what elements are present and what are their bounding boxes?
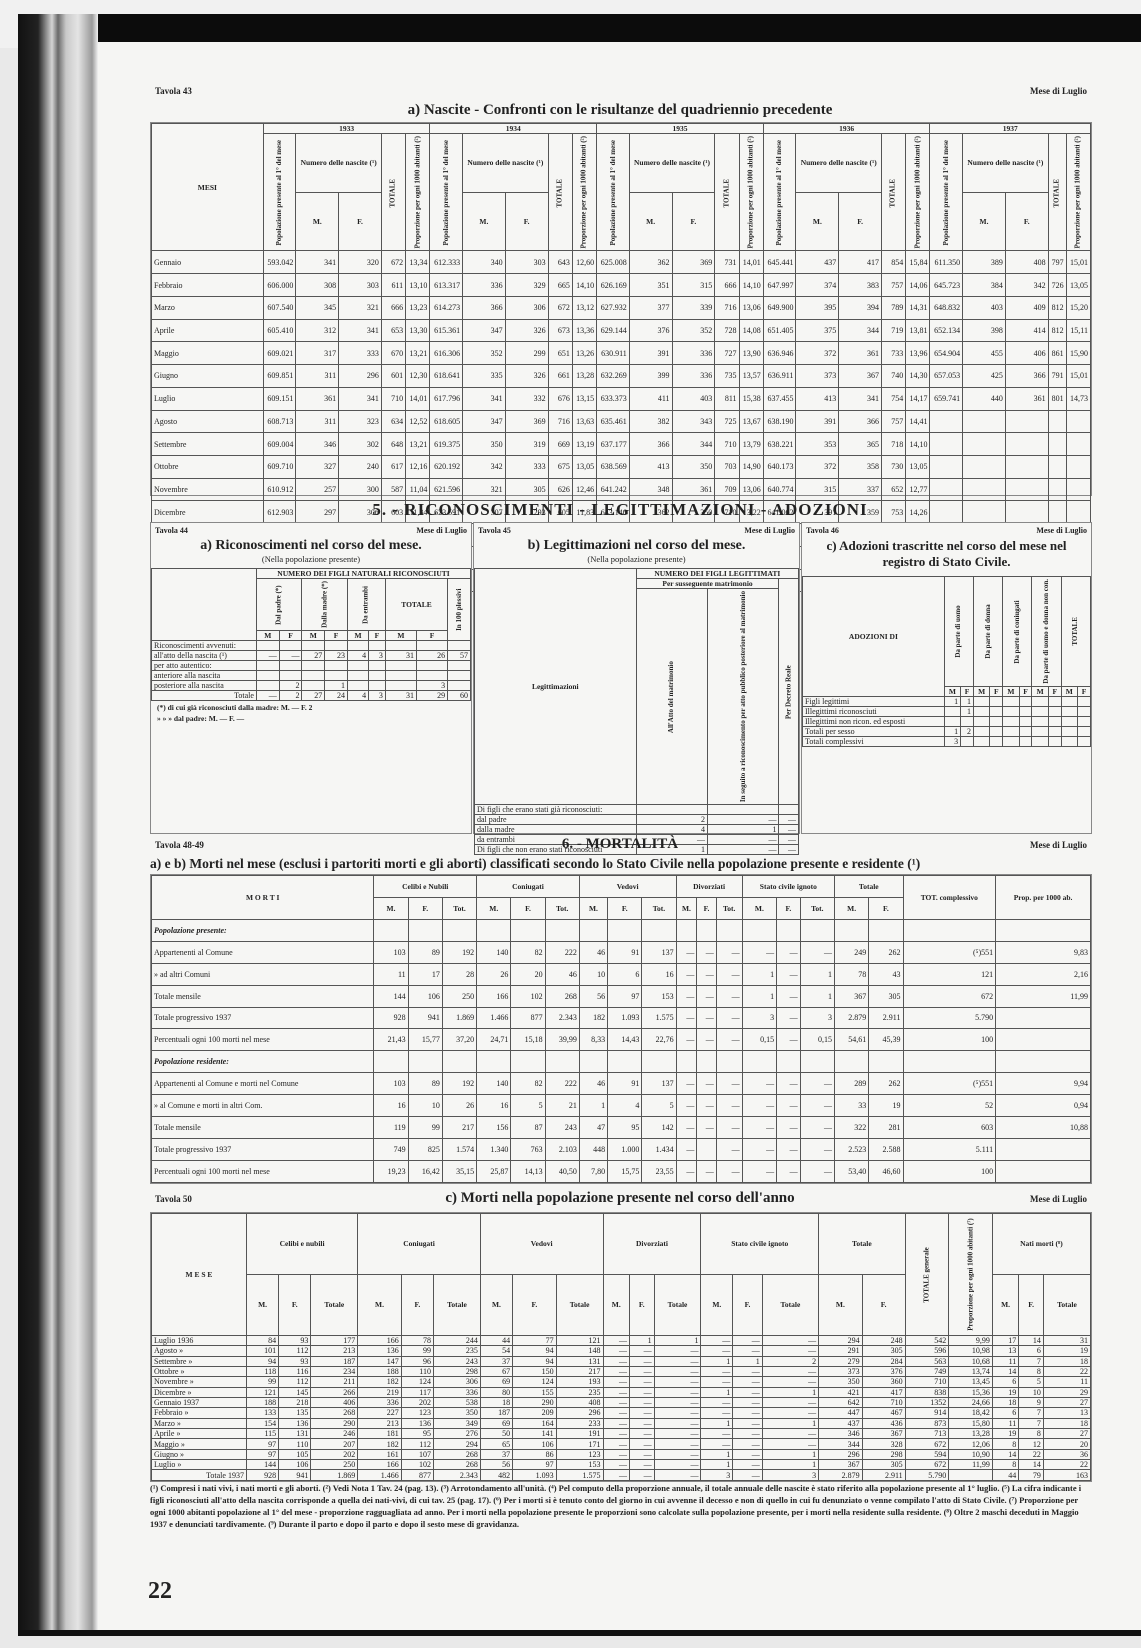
column-header: F.	[608, 897, 642, 919]
column-header: F.	[629, 1274, 654, 1335]
section-title-5: 5. - RICONOSCIMENTI - LEGITTIMAZIONI - A…	[150, 500, 1090, 520]
table-cell	[374, 919, 408, 941]
table-cell: 136	[279, 1418, 311, 1428]
table-cell: 112	[279, 1346, 311, 1356]
table-cell: 110	[279, 1439, 311, 1449]
table-cell: 9	[1019, 1397, 1044, 1407]
table-cell: 710	[381, 387, 405, 410]
column-header: Proporzione per ogni 1000 abitanti (²)	[572, 134, 596, 251]
table-cell: 144	[374, 985, 408, 1007]
table-cell: 13	[1043, 1408, 1090, 1418]
table-cell: —	[742, 1073, 776, 1095]
column-header: Totale	[556, 1274, 603, 1335]
table-cell: 279	[819, 1356, 863, 1366]
section-row: Popolazione presente:	[152, 919, 1091, 941]
table-row: Ottobre609.71032724061712,16620.19234233…	[152, 455, 1091, 478]
table-cell: 13,36	[572, 319, 596, 342]
table-cell: 188	[358, 1366, 402, 1376]
table-cell: 15,77	[408, 1029, 442, 1051]
table-row: Novembre610.91225730058711,04621.5963213…	[152, 478, 1091, 501]
table-cell: 209	[513, 1408, 557, 1418]
table-cell: 131	[556, 1356, 603, 1366]
table-row: Marzo »15413629021313634969164233———1—14…	[152, 1418, 1091, 1428]
row-label: Appartenenti al Comune e morti nel Comun…	[152, 1073, 374, 1095]
table-row: Febbraio »133135268227123350187209296———…	[152, 1408, 1091, 1418]
table-cell	[1078, 726, 1091, 736]
table-cell: 13,05	[906, 455, 930, 478]
table-cell: 27	[1043, 1397, 1090, 1407]
month-label: Aprile »	[152, 1429, 247, 1439]
table-cell: 14,08	[739, 319, 763, 342]
table-cell: —	[777, 963, 801, 985]
table-cell: 2	[762, 1356, 818, 1366]
table-cell: —	[654, 1470, 701, 1481]
table-cell: —	[762, 1439, 818, 1449]
table-cell: 37	[480, 1449, 512, 1459]
table-cell: 1.000	[608, 1139, 642, 1161]
table-cell: —	[654, 1366, 701, 1376]
table-cell: 0,94	[996, 1095, 1091, 1117]
table-cell: 79	[1019, 1470, 1044, 1481]
table-cell	[676, 1051, 697, 1073]
table-cell: 645.441	[763, 251, 796, 274]
table-cell: 268	[311, 1408, 358, 1418]
table-cell	[990, 736, 1003, 746]
table-cell: 1.434	[642, 1139, 676, 1161]
table-cell: 18	[992, 1397, 1018, 1407]
table-row: Febbraio606.00030830361113,10613.3173363…	[152, 274, 1091, 297]
table-cell: —	[777, 1117, 801, 1139]
table-cell: —	[762, 1429, 818, 1439]
table-cell: 914	[905, 1408, 949, 1418]
table-cell: 608.713	[263, 410, 296, 433]
table-cell	[777, 919, 801, 941]
column-header: In 100 plessivi	[448, 579, 471, 641]
table-cell: 344	[819, 1439, 863, 1449]
table-cell	[1048, 696, 1061, 706]
table-cell: 341	[839, 387, 882, 410]
table-cell	[676, 919, 697, 941]
table-cell	[944, 706, 960, 716]
table-cell: 669	[548, 433, 572, 456]
table-cell: 13,90	[739, 342, 763, 365]
table-row: all'atto della nascita (¹)——272343312657	[152, 650, 471, 660]
table-cell	[1061, 736, 1077, 746]
table-cell: —	[697, 985, 716, 1007]
table-cell: 611.350	[930, 251, 963, 274]
table-cell: 2.343	[545, 1007, 579, 1029]
table-cell: 341	[463, 387, 505, 410]
column-header: ADOZIONI DI	[803, 577, 945, 697]
row-label: Appartenenti al Comune	[152, 941, 374, 963]
table-cell: 13,26	[572, 342, 596, 365]
row-label: » ad altri Comuni	[152, 963, 374, 985]
table-cell: 141	[513, 1429, 557, 1439]
column-header: TOTALE	[548, 134, 572, 251]
adoptions-table: ADOZIONI DIDa parte di uomoDa parte di d…	[802, 576, 1091, 747]
table-cell: 365	[839, 433, 882, 456]
row-label: Riconoscimenti avvenuti:	[152, 640, 257, 650]
table-cell: 13,06	[739, 478, 763, 501]
table-cell: 14	[1019, 1460, 1044, 1470]
column-header: Tot.	[800, 897, 834, 919]
recognitions-box: Tavola 44 Mese di Luglio a) Riconoscimen…	[150, 522, 472, 834]
table-cell	[1032, 706, 1048, 716]
table-cell: 625.008	[597, 251, 630, 274]
table-cell: 2.343	[434, 1470, 481, 1481]
column-header: Tot.	[642, 897, 676, 919]
table-cell: —	[654, 1397, 701, 1407]
table-row: Agosto608.71331132363412,52618.605347369…	[152, 410, 1091, 433]
table-cell: 102	[401, 1460, 433, 1470]
table-cell: 166	[477, 985, 511, 1007]
table-cell: 10,88	[996, 1117, 1091, 1139]
adoptions-box: Tavola 46 Mese di Luglio c) Adozioni tra…	[801, 522, 1092, 834]
table-cell	[996, 1029, 1091, 1051]
table-cell: 2	[961, 726, 974, 736]
table-cell: 101	[246, 1346, 278, 1356]
table-cell: 606.000	[263, 274, 296, 297]
table-cell: 60	[448, 690, 471, 700]
legitimations-subtitle: (Nella popolazione presente)	[474, 554, 799, 564]
table-cell: 47	[579, 1117, 607, 1139]
table-cell	[448, 680, 471, 690]
table-cell: 14,01	[739, 251, 763, 274]
table-cell: 296	[819, 1449, 863, 1459]
table-cell: 14,10	[906, 433, 930, 456]
table-cell: —	[629, 1377, 654, 1387]
table-row: » ad altri Comuni11172826204610616———1—1…	[152, 963, 1091, 985]
table-cell: 335	[463, 365, 505, 388]
table-row: Riconoscimenti avvenuti:	[152, 640, 471, 650]
table-cell: 45,39	[869, 1029, 903, 1051]
table-cell	[996, 1007, 1091, 1029]
table-cell: —	[716, 1160, 742, 1182]
table-cell	[930, 478, 963, 501]
column-header: M	[944, 686, 960, 696]
table-cell	[944, 716, 960, 726]
table-cell: 13,81	[906, 319, 930, 342]
group-header: Stato civile ignoto	[701, 1214, 819, 1275]
column-header: M.	[246, 1274, 278, 1335]
table-cell: 26	[477, 963, 511, 985]
table-cell: 399	[629, 365, 672, 388]
table-cell: 0,15	[742, 1029, 776, 1051]
table-cell: 87	[511, 1117, 545, 1139]
table-cell	[903, 1051, 996, 1073]
table-cell: 54,61	[835, 1029, 869, 1051]
table-row: per atto autentico:	[152, 660, 471, 670]
table-cell: 733	[881, 342, 905, 365]
table-cell: 408	[556, 1397, 603, 1407]
table-cell: 941	[279, 1470, 311, 1481]
table-cell: 100	[903, 1029, 996, 1051]
table-cell: 89	[408, 1073, 442, 1095]
table-cell: 12,30	[406, 365, 430, 388]
table-cell: 414	[1005, 319, 1048, 342]
table-cell: 342	[463, 455, 505, 478]
table-cell: 1	[579, 1095, 607, 1117]
table-cell: 235	[434, 1346, 481, 1356]
table-cell: 341	[296, 251, 339, 274]
table-cell: 91	[608, 941, 642, 963]
table-cell	[974, 726, 990, 736]
table-cell: 0,15	[800, 1029, 834, 1051]
table-cell: 630.911	[597, 342, 630, 365]
table-cell: 67	[480, 1366, 512, 1376]
table-cell	[325, 660, 348, 670]
table-cell: 11	[374, 963, 408, 985]
table-cell	[716, 919, 742, 941]
table-cell: 5.790	[903, 1007, 996, 1029]
table-cell: 243	[434, 1356, 481, 1366]
table-cell: 676	[548, 387, 572, 410]
table-cell	[990, 726, 1003, 736]
table-cell: 2.911	[869, 1007, 903, 1029]
table-cell: 192	[442, 941, 476, 963]
table-cell: 403	[672, 387, 715, 410]
table-cell: —	[777, 1007, 801, 1029]
table-cell: 133	[246, 1408, 278, 1418]
table-cell: 82	[511, 1073, 545, 1095]
table-cell: 2.103	[545, 1139, 579, 1161]
table-cell: 202	[401, 1397, 433, 1407]
table-cell: 812	[1048, 319, 1066, 342]
table-cell: 14,17	[906, 387, 930, 410]
table-row: Luglio 19368493177166782444477121—11———2…	[152, 1335, 1091, 1345]
table-row: Illegittimi non ricon. ed esposti	[803, 716, 1091, 726]
table-cell: 296	[556, 1408, 603, 1418]
column-header: Numero delle nascite (¹)	[963, 134, 1049, 193]
column-header: M.	[480, 1274, 512, 1335]
table-cell: 4	[347, 650, 368, 660]
table-row: dal padre2——	[475, 815, 799, 825]
table-cell: —	[603, 1439, 629, 1449]
table-cell: 10,90	[949, 1449, 993, 1459]
table-cell: —	[800, 1095, 834, 1117]
table-cell: 57	[448, 650, 471, 660]
table-cell: 188	[246, 1397, 278, 1407]
table-cell: 609.851	[263, 365, 296, 388]
table-cell: —	[733, 1429, 763, 1439]
table-cell: —	[256, 650, 279, 660]
column-header: F	[369, 630, 386, 640]
table-cell: 376	[862, 1366, 905, 1376]
table-cell: 372	[796, 455, 839, 478]
table-cell: 617.796	[430, 387, 463, 410]
table-cell: 620.192	[430, 455, 463, 478]
table-cell: 9,94	[996, 1073, 1091, 1095]
table-cell: 638.221	[763, 433, 796, 456]
table-cell: 56	[579, 985, 607, 1007]
column-header: Tot.	[442, 897, 476, 919]
table-cell: 6	[608, 963, 642, 985]
table-cell: 812	[1048, 296, 1066, 319]
table-cell: 1	[629, 1335, 654, 1345]
deaths-year-table: M E S ECelibi e nubiliConiugatiVedoviDiv…	[151, 1213, 1091, 1481]
table-cell: 542	[905, 1335, 949, 1345]
table-cell: 333	[339, 342, 382, 365]
year-header: 1934	[430, 124, 597, 134]
table-cell	[416, 660, 447, 670]
table-cell: 4	[608, 1095, 642, 1117]
table-cell: —	[701, 1346, 733, 1356]
table-cell: 440	[963, 387, 1006, 410]
table-cell: 2.588	[869, 1139, 903, 1161]
column-header: F	[1078, 686, 1091, 696]
table-cell: 2.879	[819, 1470, 863, 1481]
table-cell: 154	[246, 1418, 278, 1428]
header-row: Popolazione presente al 1° del meseNumer…	[152, 134, 1091, 193]
table-cell: 740	[881, 365, 905, 388]
table-cell: 350	[819, 1377, 863, 1387]
table-cell: 37	[480, 1356, 512, 1366]
table-row: Totale mensile11999217156872434795142———…	[152, 1117, 1091, 1139]
table-cell: 2.523	[835, 1139, 869, 1161]
column-header: Da parte di uomo e donna non con.	[1032, 577, 1061, 687]
section-label: Popolazione presente:	[152, 919, 374, 941]
table-cell: —	[742, 941, 776, 963]
column-header: F	[279, 630, 302, 640]
table-cell: 46	[579, 941, 607, 963]
column-header: Totale	[654, 1274, 701, 1335]
totals-row: Totale 19379289411.8691.4668772.3434821.…	[152, 1470, 1091, 1481]
table-cell: 10	[579, 963, 607, 985]
table-cell	[990, 716, 1003, 726]
row-label: Totale 1937	[152, 1470, 247, 1481]
table-cell: 1.340	[477, 1139, 511, 1161]
table-row: Aprile »1151312461819527650141191——————3…	[152, 1429, 1091, 1439]
table-row: Figli legittimi11	[803, 696, 1091, 706]
table-cell	[374, 1051, 408, 1073]
table-row: Appartenenti al Comune e morti nel Comun…	[152, 1073, 1091, 1095]
month-label: Dicembre »	[152, 1387, 247, 1397]
table-cell	[777, 1051, 801, 1073]
table-cell: 123	[401, 1408, 433, 1418]
table-cell: 99	[246, 1377, 278, 1387]
table-cell: 182	[358, 1377, 402, 1387]
column-header: F	[416, 630, 447, 640]
table-cell: 709	[715, 478, 739, 501]
column-header: F.	[697, 897, 716, 919]
table-cell: 634	[381, 410, 405, 433]
table-row: Giugno609.85131129660112,30618.641335326…	[152, 365, 1091, 388]
table-cell	[1048, 716, 1061, 726]
table-cell: —	[603, 1356, 629, 1366]
table-cell: 262	[869, 1073, 903, 1095]
column-header: M.	[676, 897, 697, 919]
table-cell: —	[676, 1160, 697, 1182]
table-cell: 103	[374, 1073, 408, 1095]
table-cell: —	[716, 941, 742, 963]
column-header: Popolazione presente al 1° del mese	[430, 134, 463, 251]
group-header: TOTALE generale	[905, 1214, 949, 1336]
table-cell: 382	[629, 410, 672, 433]
header-row: M E S ECelibi e nubiliConiugatiVedoviDiv…	[152, 1214, 1091, 1275]
column-header: Popolazione presente al 1° del mese	[263, 134, 296, 251]
table-cell: —	[777, 985, 801, 1007]
column-header: M E S E	[152, 1214, 247, 1336]
table-cell: 3	[369, 650, 386, 660]
table-cell	[1003, 696, 1019, 706]
table-cell: 121	[556, 1335, 603, 1345]
table-cell: 629.144	[597, 319, 630, 342]
table-cell: —	[701, 1397, 733, 1407]
table-cell: —	[697, 941, 716, 963]
table-cell	[1003, 726, 1019, 736]
table-cell	[869, 1051, 903, 1073]
table-cell: 4	[347, 690, 368, 700]
table-cell: —	[733, 1397, 763, 1407]
table-cell: 1.869	[311, 1470, 358, 1481]
table-cell: 17	[408, 963, 442, 985]
table-cell: 651	[548, 342, 572, 365]
column-header: TOTALE	[385, 579, 447, 631]
table-cell: 854	[881, 251, 905, 274]
table-cell: 24	[325, 690, 348, 700]
table-cell: —	[777, 1029, 801, 1051]
table-cell	[369, 640, 386, 650]
table-cell: 315	[796, 478, 839, 501]
table-cell: 46	[545, 963, 579, 985]
column-header: Totale	[434, 1274, 481, 1335]
deaths-year-title: c) Morti nella popolazione presente nel …	[150, 1190, 1090, 1207]
table-cell: 437	[819, 1418, 863, 1428]
column-header: M.	[963, 192, 1006, 251]
table-cell: 22	[1019, 1449, 1044, 1459]
table-cell: 171	[556, 1439, 603, 1449]
table-cell: 13,96	[906, 342, 930, 365]
month-label: Marzo »	[152, 1418, 247, 1428]
table-cell: 18,42	[949, 1408, 993, 1418]
table-cell: 406	[311, 1397, 358, 1407]
table-cell: 7,80	[579, 1160, 607, 1182]
table-cell	[903, 919, 996, 941]
deaths-month-label: Mese di Luglio	[1030, 840, 1087, 850]
table-cell: —	[733, 1418, 763, 1428]
table-cell: —	[654, 1387, 701, 1397]
table-cell	[697, 1139, 716, 1161]
table-cell: 10	[1019, 1387, 1044, 1397]
group-header: Per susseguente matrimonio	[636, 579, 779, 589]
table-cell: —	[716, 1007, 742, 1029]
deaths-table: M O R T ICelibi e NubiliConiugatiVedoviD…	[151, 875, 1091, 1183]
births-title: a) Nascite - Confronti con le risultanze…	[150, 102, 1090, 119]
table-cell: 1.093	[513, 1470, 557, 1481]
table-cell: 8	[1019, 1429, 1044, 1439]
table-cell: 137	[642, 941, 676, 963]
table-cell: 13,30	[406, 319, 430, 342]
table-cell: 299	[505, 342, 548, 365]
table-cell: —	[697, 1095, 716, 1117]
header-row: M O R T ICelibi e NubiliConiugatiVedoviD…	[152, 876, 1091, 898]
table-cell: 611	[381, 274, 405, 297]
table-cell	[256, 680, 279, 690]
section-row: Popolazione residente:	[152, 1051, 1091, 1073]
table-row: Appartenenti al Comune103891921408222246…	[152, 941, 1091, 963]
table-cell	[930, 433, 963, 456]
row-label: per atto autentico:	[152, 660, 257, 670]
column-header: Numero delle nascite (¹)	[463, 134, 548, 193]
table-cell: 726	[1048, 274, 1066, 297]
table-cell: —	[603, 1387, 629, 1397]
table-cell: 8,33	[579, 1029, 607, 1051]
table-cell: —	[697, 1073, 716, 1095]
table-cell: 13,34	[406, 251, 430, 274]
table-cell	[1005, 433, 1048, 456]
month-label: Ottobre »	[152, 1366, 247, 1376]
table-cell	[448, 670, 471, 680]
